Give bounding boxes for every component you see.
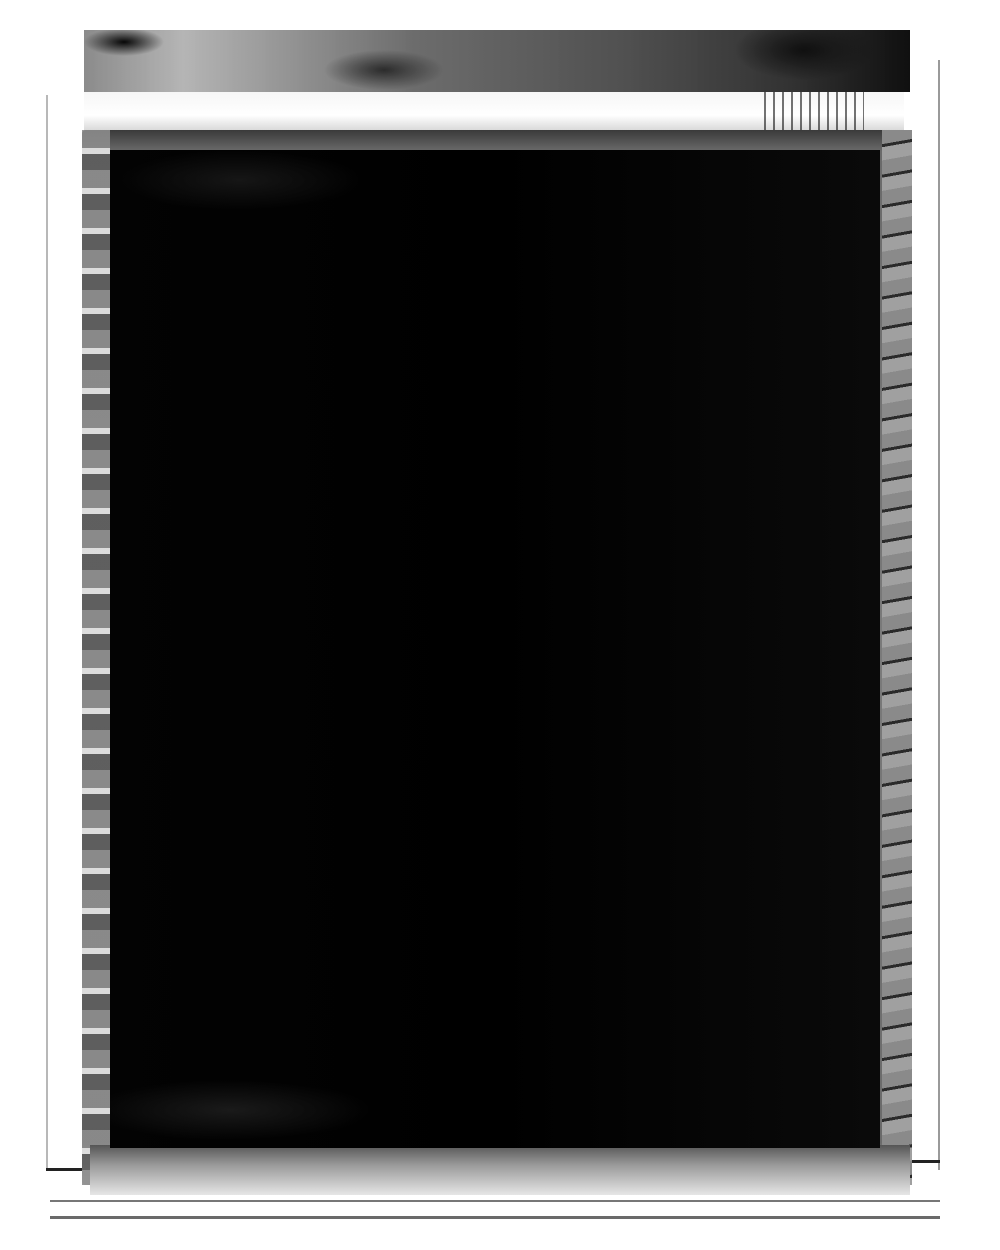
photo-frame-outline-left [46,95,48,1170]
film-bottom-lines [50,1198,940,1224]
black-image-area [110,150,880,1148]
photo-frame-outline-right [938,60,940,1170]
frame-corner-line-right [912,1160,940,1163]
film-top-white-band [84,92,904,134]
film-top-strip [84,30,910,92]
film-bottom-border [90,1145,910,1195]
